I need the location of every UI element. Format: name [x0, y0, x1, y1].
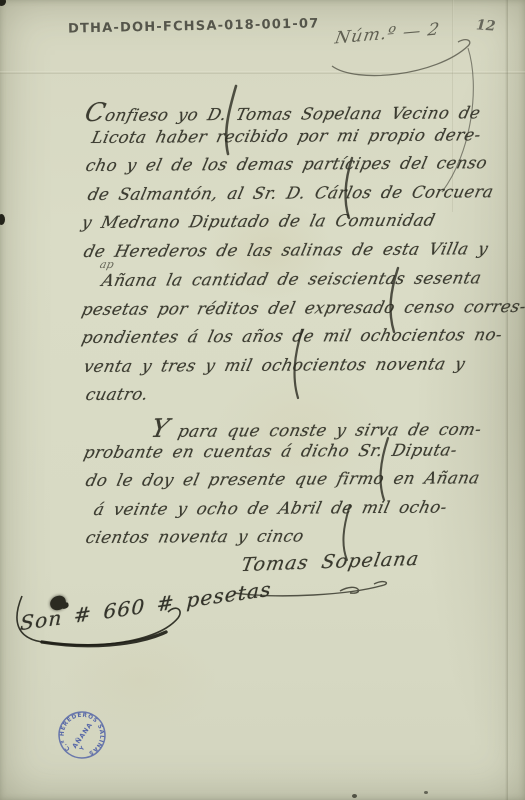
- edge-speck: [424, 791, 428, 794]
- amount-flourish: [6, 586, 201, 656]
- ink-stamp: C.ª HEREDEROS SALINAS AÑANA Y: [45, 698, 119, 772]
- stamp-center-text: AÑANA: [70, 720, 95, 750]
- edge-speck: [352, 794, 357, 798]
- ink-heavy-strokes: [0, 0, 525, 600]
- scanned-manuscript-page: DTHA-DOH-FCHSA-018-001-07 12 Núm.º — 2 C…: [0, 0, 525, 800]
